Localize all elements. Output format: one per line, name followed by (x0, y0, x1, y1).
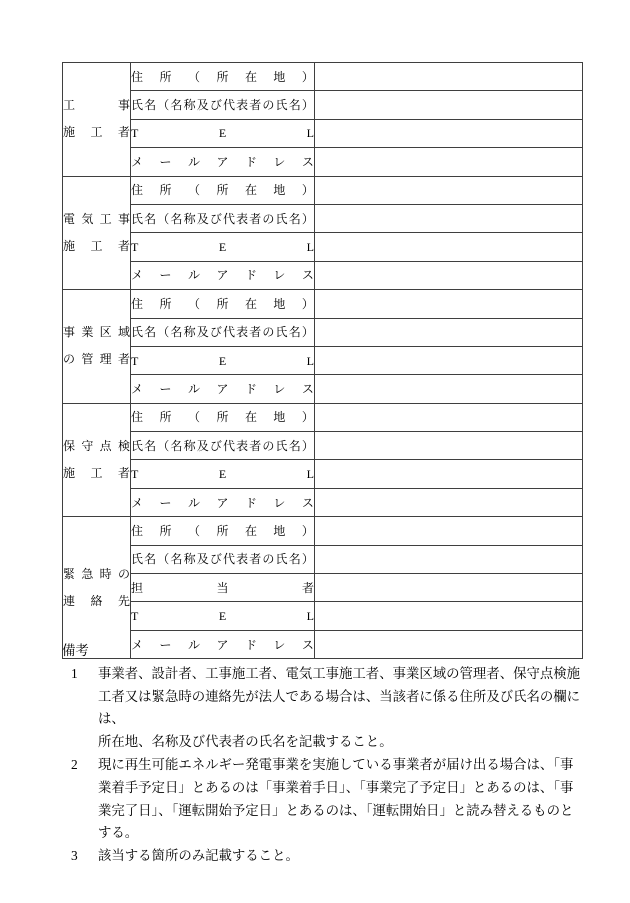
field-label: TEL (131, 126, 314, 140)
field-label: 氏名（名称及び代表者の氏名） (131, 439, 314, 453)
field-label-cell: 住所（所在地） (131, 176, 315, 204)
group-label-line: 施工者 (63, 119, 130, 146)
group-label-cell-4: 緊急時の連絡先 (63, 517, 131, 659)
table-row: メールアドレス (63, 375, 583, 403)
table-row: TEL (63, 602, 583, 630)
group-label-line: 事業区域 (63, 319, 130, 346)
contact-form-table: 工事施工者住所（所在地）氏名（名称及び代表者の氏名）TELメールアドレス電気工事… (62, 62, 583, 659)
field-label: 氏名（名称及び代表者の氏名） (131, 212, 314, 226)
table-row: メールアドレス (63, 148, 583, 176)
field-value-cell (315, 176, 583, 204)
remark-number: 3 (71, 845, 78, 868)
table-row: TEL (63, 233, 583, 261)
table-row: 氏名（名称及び代表者の氏名） (63, 204, 583, 232)
field-value-cell (315, 403, 583, 431)
field-value-cell (315, 602, 583, 630)
field-label: 住所（所在地） (131, 524, 314, 538)
field-label-cell: TEL (131, 233, 315, 261)
field-value-cell (315, 261, 583, 289)
field-label-cell: 住所（所在地） (131, 290, 315, 318)
field-label: 住所（所在地） (131, 410, 314, 424)
remark-line: 該当する箇所のみ記載すること。 (98, 845, 584, 868)
group-label-line: 連絡先 (63, 588, 130, 615)
table-row: 緊急時の連絡先住所（所在地） (63, 517, 583, 545)
table-row: TEL (63, 346, 583, 374)
group-label-line: 工事 (63, 92, 130, 119)
field-label-cell: 氏名（名称及び代表者の氏名） (131, 318, 315, 346)
field-label-cell: 住所（所在地） (131, 403, 315, 431)
field-label: TEL (131, 609, 314, 623)
field-value-cell (315, 375, 583, 403)
field-label: TEL (131, 467, 314, 481)
field-label-cell: 担当者 (131, 574, 315, 602)
field-label: TEL (131, 354, 314, 368)
field-value-cell (315, 119, 583, 147)
group-label-line: 施工者 (63, 233, 130, 260)
remark-line: 業完了日」、「運転開始予定日」とあるのは、「運転開始日」と読み替えるものと (98, 800, 584, 823)
field-label-cell: 氏名（名称及び代表者の氏名） (131, 204, 315, 232)
field-label: 担当者 (131, 581, 314, 595)
field-value-cell (315, 460, 583, 488)
contact-form-table-body: 工事施工者住所（所在地）氏名（名称及び代表者の氏名）TELメールアドレス電気工事… (63, 63, 583, 659)
field-value-cell (315, 148, 583, 176)
field-value-cell (315, 233, 583, 261)
group-label-line: の管理者 (63, 346, 130, 373)
remark-line: 事業者、設計者、工事施工者、電気工事施工者、事業区域の管理者、保守点検施 (98, 663, 584, 686)
field-label-cell: TEL (131, 346, 315, 374)
group-label-cell-1: 電気工事施工者 (63, 176, 131, 290)
field-value-cell (315, 488, 583, 516)
field-value-cell (315, 346, 583, 374)
field-value-cell (315, 290, 583, 318)
field-label: メールアドレス (131, 382, 314, 396)
remark-line: する。 (98, 822, 584, 845)
group-label-cell-3: 保守点検施工者 (63, 403, 131, 517)
document-page: 工事施工者住所（所在地）氏名（名称及び代表者の氏名）TELメールアドレス電気工事… (0, 0, 630, 903)
table-row: 保守点検施工者住所（所在地） (63, 403, 583, 431)
group-label-line: 電気工事 (63, 206, 130, 233)
field-label: 氏名（名称及び代表者の氏名） (131, 98, 314, 112)
remark-item: 1事業者、設計者、工事施工者、電気工事施工者、事業区域の管理者、保守点検施工者又… (62, 663, 584, 754)
remark-number: 2 (71, 754, 78, 777)
table-row: 工事施工者住所（所在地） (63, 63, 583, 91)
table-row: 氏名（名称及び代表者の氏名） (63, 432, 583, 460)
field-label-cell: メールアドレス (131, 375, 315, 403)
field-label-cell: 氏名（名称及び代表者の氏名） (131, 545, 315, 573)
remark-item: 3該当する箇所のみ記載すること。 (62, 845, 584, 868)
field-label-cell: TEL (131, 602, 315, 630)
field-value-cell (315, 204, 583, 232)
field-value-cell (315, 63, 583, 91)
field-label-cell: 住所（所在地） (131, 63, 315, 91)
remarks-title: 備考 (62, 640, 584, 663)
remark-line: 所在地、名称及び代表者の氏名を記載すること。 (98, 731, 584, 754)
remark-line: 工者又は緊急時の連絡先が法人である場合は、当該者に係る住所及び氏名の欄には、 (98, 686, 584, 732)
table-row: TEL (63, 460, 583, 488)
field-value-cell (315, 545, 583, 573)
remark-line: 現に再生可能エネルギー発電事業を実施している事業者が届け出る場合は、「事 (98, 754, 584, 777)
field-value-cell (315, 318, 583, 346)
remark-number: 1 (71, 663, 78, 686)
field-label-cell: 氏名（名称及び代表者の氏名） (131, 91, 315, 119)
table-row: TEL (63, 119, 583, 147)
field-value-cell (315, 91, 583, 119)
table-row: メールアドレス (63, 261, 583, 289)
field-value-cell (315, 432, 583, 460)
remarks-list: 1事業者、設計者、工事施工者、電気工事施工者、事業区域の管理者、保守点検施工者又… (62, 663, 584, 868)
field-label: 氏名（名称及び代表者の氏名） (131, 552, 314, 566)
field-label-cell: TEL (131, 460, 315, 488)
group-label-line: 緊急時の (63, 561, 130, 588)
table-row: 氏名（名称及び代表者の氏名） (63, 545, 583, 573)
table-row: 担当者 (63, 574, 583, 602)
table-row: 電気工事施工者住所（所在地） (63, 176, 583, 204)
group-label-cell-2: 事業区域の管理者 (63, 290, 131, 404)
field-value-cell (315, 574, 583, 602)
group-label-line: 施工者 (63, 460, 130, 487)
field-label-cell: TEL (131, 119, 315, 147)
field-label: メールアドレス (131, 496, 314, 510)
table-row: 氏名（名称及び代表者の氏名） (63, 318, 583, 346)
field-label: TEL (131, 240, 314, 254)
field-label: メールアドレス (131, 268, 314, 282)
table-row: 氏名（名称及び代表者の氏名） (63, 91, 583, 119)
field-label-cell: メールアドレス (131, 488, 315, 516)
field-label: 氏名（名称及び代表者の氏名） (131, 325, 314, 339)
remarks-section: 備考 1事業者、設計者、工事施工者、電気工事施工者、事業区域の管理者、保守点検施… (62, 640, 584, 868)
field-value-cell (315, 517, 583, 545)
field-label: 住所（所在地） (131, 183, 314, 197)
field-label: メールアドレス (131, 155, 314, 169)
field-label-cell: メールアドレス (131, 148, 315, 176)
field-label-cell: 氏名（名称及び代表者の氏名） (131, 432, 315, 460)
field-label: 住所（所在地） (131, 297, 314, 311)
table-row: メールアドレス (63, 488, 583, 516)
group-label-cell-0: 工事施工者 (63, 63, 131, 177)
remark-item: 2現に再生可能エネルギー発電事業を実施している事業者が届け出る場合は、「事業着手… (62, 754, 584, 845)
remark-line: 業着手予定日」とあるのは「事業着手日」、「事業完了予定日」とあるのは、「事 (98, 777, 584, 800)
field-label-cell: 住所（所在地） (131, 517, 315, 545)
field-label: 住所（所在地） (131, 70, 314, 84)
group-label-line: 保守点検 (63, 433, 130, 460)
table-row: 事業区域の管理者住所（所在地） (63, 290, 583, 318)
field-label-cell: メールアドレス (131, 261, 315, 289)
